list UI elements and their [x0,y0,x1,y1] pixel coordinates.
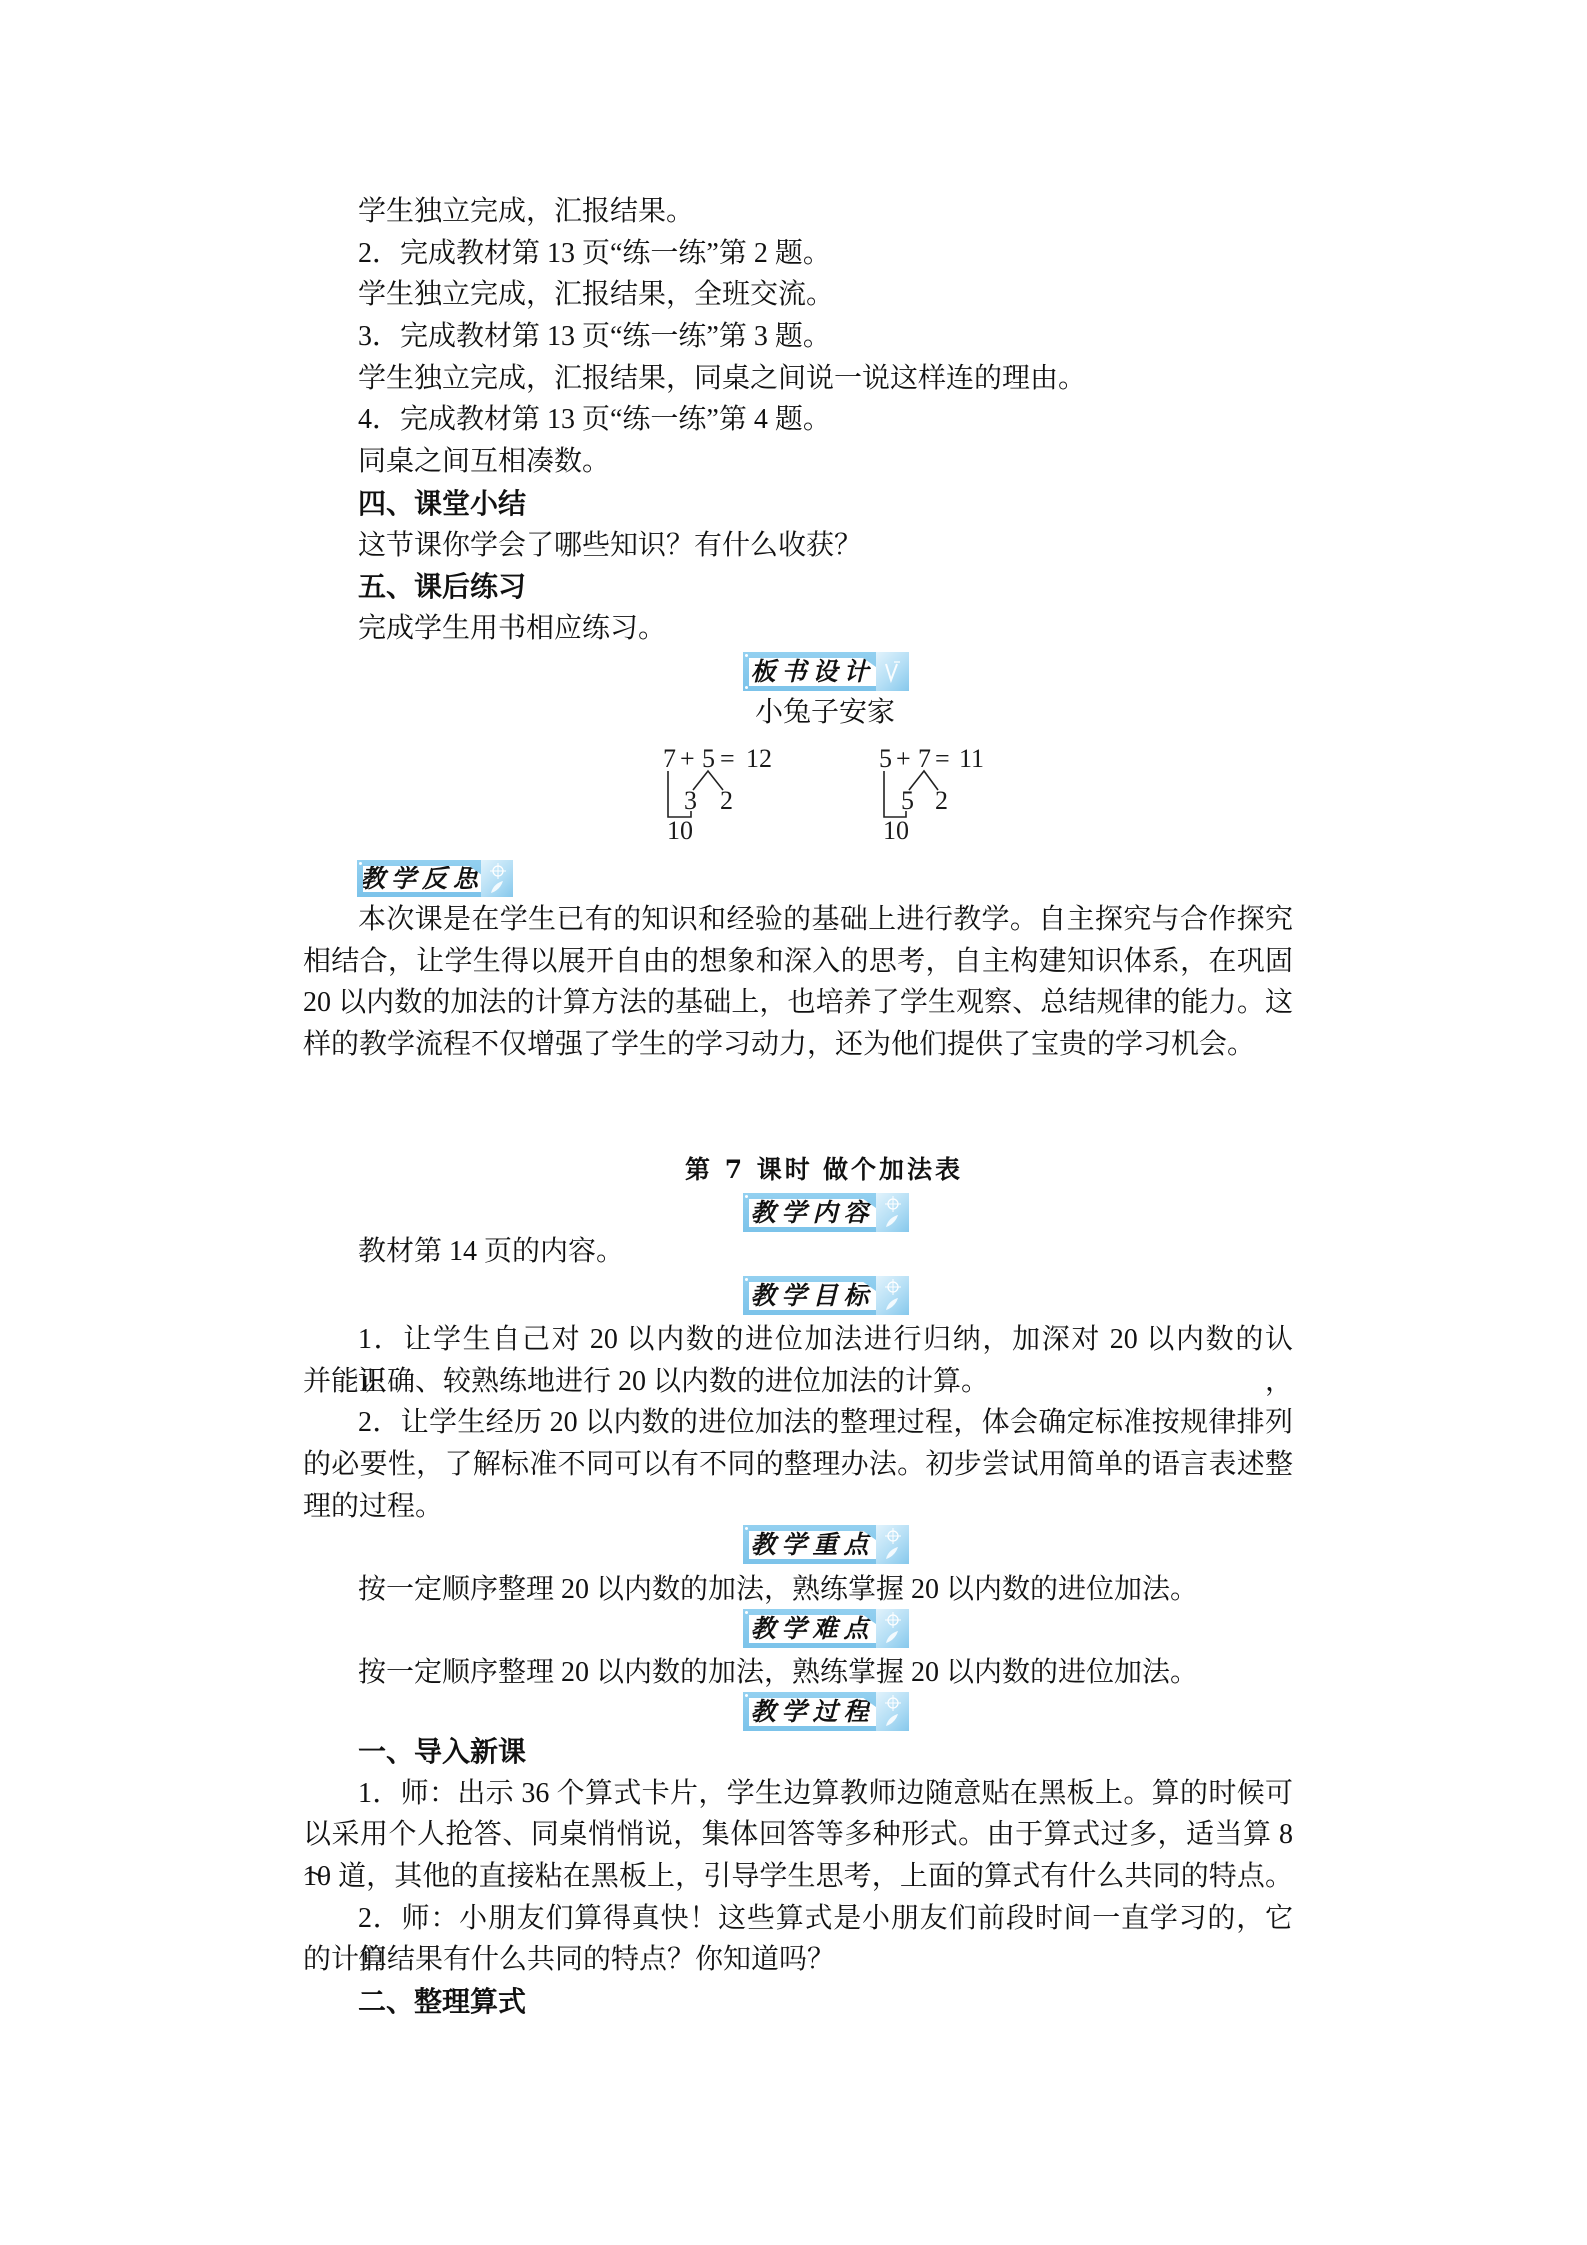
badge-dot [745,1195,748,1198]
objectives-section: 1．让学生自己对 20 以内数的进位加法进行归纳，加深对 20 以内数的认识， … [303,1319,1293,1527]
content-section: 教材第 14 页的内容。 [303,1231,1293,1273]
badge-teaching-content: 教学内容 [743,1193,909,1232]
objective-line: 1．让学生自己对 20 以内数的进位加法进行归纳，加深对 20 以内数的认识， [303,1319,1293,1361]
document-page: 学生独立完成，汇报结果。 2．完成教材第 13 页“练一练”第 2 题。 学生独… [0,0,1587,2245]
leaf-icon [884,1213,900,1229]
reflection-line: 20 以内数的加法的计算方法的基础上，也培养了学生观察、总结规律的能力。这 [303,982,1293,1024]
reflection-line: 本次课是在学生已有的知识和经验的基础上进行教学。自主探究与合作探究 [303,899,1293,941]
badge-decoration [876,1193,909,1232]
badge-face: 教学过程 [749,1698,876,1726]
crosshair-icon [490,863,506,879]
intro-line: 2．师：小朋友们算得真快！这些算式是小朋友们前段时间一直学习的，它们 [303,1898,1293,1940]
badge-dot [745,1694,748,1697]
quill-icon [876,652,909,691]
badge-label: 教学反思 [360,865,484,893]
leaf-icon [884,1545,900,1561]
board-title: 小兔子安家 [755,692,895,734]
badge-decoration [481,860,513,897]
badge-face: 教学目标 [749,1282,876,1310]
badge-dot [359,862,362,865]
leaf-icon [884,1296,900,1312]
badge-face: 教学重点 [749,1531,876,1559]
practice-line: 学生独立完成，汇报结果，全班交流。 [303,274,1293,316]
badge-teaching-process: 教学过程 [743,1692,909,1731]
intro-line: 10 道，其他的直接粘在黑板上，引导学生思考，上面的算式有什么共同的特点。 [303,1856,1293,1898]
practice-task: 2．完成教材第 13 页“练一练”第 2 题。 [303,233,1293,275]
crosshair-icon [885,1279,901,1295]
intro-line: 1．师：出示 36 个算式卡片，学生边算教师边随意贴在黑板上。算的时候可 [303,1773,1293,1815]
reflection-line: 相结合，让学生得以展开自由的想象和深入的思考，自主构建知识体系，在巩固 [303,941,1293,983]
intro-line: 以采用个人抢答、同桌悄悄说，集体回答等多种形式。由于算式过多，适当算 8～ [303,1814,1293,1856]
practice-task: 3．完成教材第 13 页“练一练”第 3 题。 [303,316,1293,358]
badge-dot [745,1527,748,1530]
badge-label: 板书设计 [750,658,874,686]
intro-heading: 一、导入新课 [303,1731,1293,1773]
badge-teaching-reflection: 教学反思 [357,860,513,897]
practice-task: 4．完成教材第 13 页“练一练”第 4 题。 [303,399,1293,441]
badge-board-design: 板书设计 [743,652,909,691]
badge-dot [745,1278,748,1281]
objective-line: 的必要性，了解标准不同可以有不同的整理办法。初步尝试用简单的语言表述整 [303,1444,1293,1486]
reflection-line: 样的教学流程不仅增强了学生的学习动力，还为他们提供了宝贵的学习机会。 [303,1024,1293,1066]
practice-line: 学生独立完成，汇报结果。 [303,191,1293,233]
leaf-icon [884,1712,900,1728]
difficulties-section: 按一定顺序整理 20 以内数的加法，熟练掌握 20 以内数的进位加法。 [303,1652,1293,1694]
crosshair-icon [885,1612,901,1628]
badge-teaching-objectives: 教学目标 [743,1276,909,1315]
badge-label: 教学难点 [750,1615,874,1643]
badge-decoration [876,1525,909,1564]
badge-decoration [876,1276,909,1315]
badge-label: 教学过程 [750,1698,874,1726]
badge-face: 教学难点 [749,1615,876,1643]
practice-line: 同桌之间互相凑数。 [303,441,1293,483]
badge-dot [745,654,748,657]
organize-heading: 二、整理算式 [303,1981,1293,2023]
difficulties-text: 按一定顺序整理 20 以内数的加法，熟练掌握 20 以内数的进位加法。 [303,1652,1293,1694]
process-section: 一、导入新课 1．师：出示 36 个算式卡片，学生边算教师边随意贴在黑板上。算的… [303,1731,1293,2023]
intro-line: 的计算结果有什么共同的特点？你知道吗？ [303,1939,1293,1981]
badge-decoration [876,1609,909,1648]
badge-face: 教学反思 [363,866,481,892]
lesson-title: 做个加法表 [823,1154,963,1186]
key-points-section: 按一定顺序整理 20 以内数的加法，熟练掌握 20 以内数的进位加法。 [303,1569,1293,1611]
badge-label: 教学内容 [750,1199,874,1227]
leaf-icon [884,1629,900,1645]
badge-label: 教学重点 [750,1531,874,1559]
badge-label: 教学目标 [750,1282,874,1310]
summary-heading: 四、课堂小结 [303,483,1293,525]
crosshair-icon [885,1695,901,1711]
key-points-text: 按一定顺序整理 20 以内数的加法，熟练掌握 20 以内数的进位加法。 [303,1569,1293,1611]
badge-key-points: 教学重点 [743,1525,909,1564]
number-split-diagram [640,740,1000,850]
homework-text: 完成学生用书相应练习。 [303,608,1293,650]
badge-difficulties: 教学难点 [743,1609,909,1648]
badge-decoration [876,1692,909,1731]
summary-text: 这节课你学会了哪些知识？有什么收获？ [303,525,1293,567]
badge-face: 板书设计 [749,658,876,686]
leaf-icon [489,879,505,895]
content-text: 教材第 14 页的内容。 [303,1231,1293,1273]
objective-line: 理的过程。 [303,1486,1293,1528]
badge-face: 教学内容 [749,1199,876,1227]
practice-section: 学生独立完成，汇报结果。 2．完成教材第 13 页“练一练”第 2 题。 学生独… [303,191,1293,650]
crosshair-icon [885,1528,901,1544]
crosshair-icon [885,1196,901,1212]
badge-dot [745,686,748,689]
practice-line: 学生独立完成，汇报结果，同桌之间说一说这样连的理由。 [303,358,1293,400]
badge-decoration [876,652,909,691]
badge-dot [745,1611,748,1614]
lesson-number: 第 7 课时 [685,1154,813,1186]
homework-heading: 五、课后练习 [303,566,1293,608]
reflection-paragraph: 本次课是在学生已有的知识和经验的基础上进行教学。自主探究与合作探究 相结合，让学… [303,899,1293,1066]
objective-line: 2．让学生经历 20 以内数的进位加法的整理过程，体会确定标准按规律排列 [303,1402,1293,1444]
